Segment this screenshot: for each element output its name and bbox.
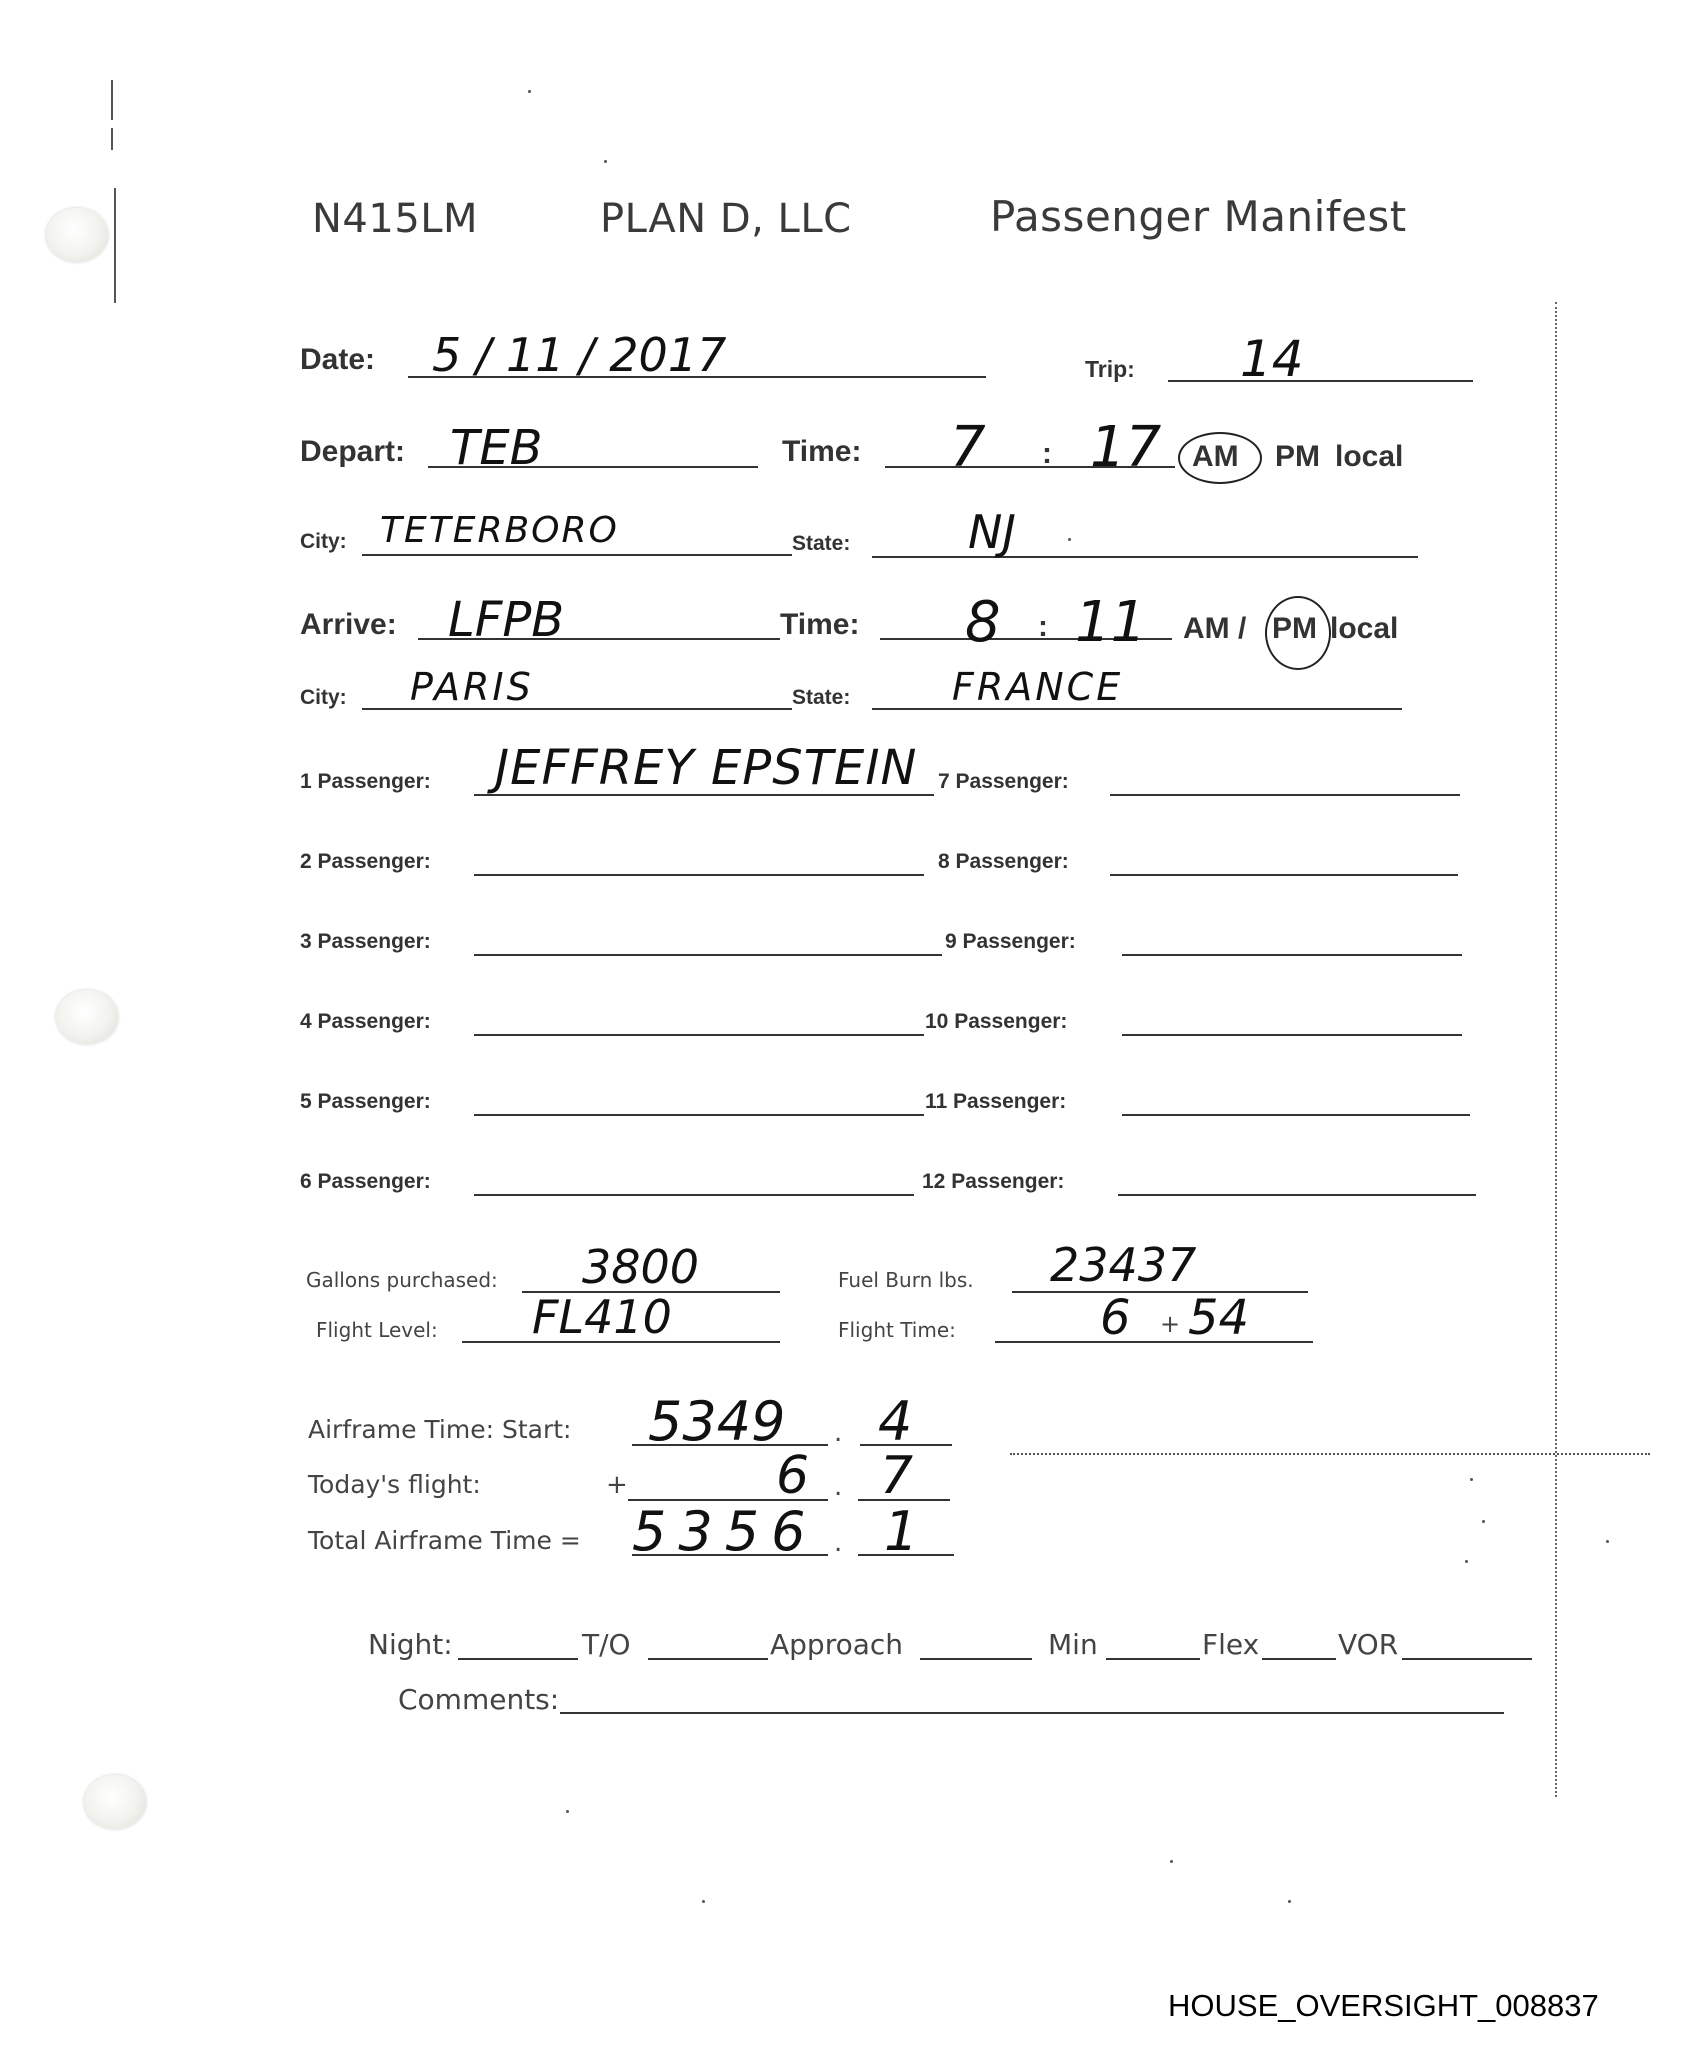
passenger-11-line[interactable] (1122, 1114, 1470, 1116)
passenger-3-label: 3 Passenger: (300, 930, 431, 954)
night-line[interactable] (458, 1658, 578, 1660)
arrive-local-label: local (1330, 612, 1398, 646)
passenger-6-line[interactable] (474, 1194, 914, 1196)
depart-hour[interactable]: 7 (950, 415, 986, 480)
margin-mark (114, 188, 116, 303)
arrive-hour[interactable]: 8 (965, 590, 1001, 655)
arrive-pm-option[interactable]: PM (1272, 612, 1317, 646)
min-label: Min (1048, 1628, 1098, 1661)
total-airframe-tenth[interactable]: 1 (884, 1500, 918, 1563)
fuel-burn-value[interactable]: 23437 (1050, 1238, 1196, 1292)
depart-pm-option[interactable]: PM (1275, 440, 1320, 474)
passenger-1-value[interactable]: JEFFREY EPSTEIN (495, 740, 917, 796)
passenger-10-label: 10 Passenger: (925, 1010, 1067, 1034)
comments-line[interactable] (560, 1712, 1504, 1714)
passenger-4-line[interactable] (474, 1034, 924, 1036)
depart-city-label: City: (300, 530, 347, 554)
passenger-7-label: 7 Passenger: (938, 770, 1069, 794)
scan-speck (604, 160, 607, 163)
gallons-value[interactable]: 3800 (582, 1240, 699, 1294)
arrive-state-value[interactable]: FRANCE (952, 665, 1123, 709)
date-label: Date: (300, 343, 375, 377)
passenger-12-line[interactable] (1118, 1194, 1476, 1196)
to-label: T/O (582, 1628, 631, 1661)
scan-speck (1482, 1520, 1485, 1523)
vor-line[interactable] (1402, 1658, 1532, 1660)
bates-number: HOUSE_OVERSIGHT_008837 (1168, 1988, 1599, 2024)
depart-city-line (362, 554, 792, 556)
airframe-start-whole[interactable]: 5349 (648, 1390, 785, 1453)
depart-am-option[interactable]: AM (1192, 440, 1239, 474)
document-title: Passenger Manifest (990, 192, 1407, 241)
today-flight-whole[interactable]: 6 (776, 1446, 809, 1506)
arrive-city-value[interactable]: PARIS (410, 665, 534, 709)
approach-line[interactable] (920, 1658, 1032, 1660)
passenger-12-label: 12 Passenger: (922, 1170, 1064, 1194)
vor-label: VOR (1338, 1628, 1398, 1661)
flight-time-sep: + (1160, 1310, 1180, 1338)
passenger-10-line[interactable] (1122, 1034, 1462, 1036)
flight-level-value[interactable]: FL410 (532, 1290, 672, 1344)
scan-speck (1470, 1478, 1473, 1481)
passenger-2-label: 2 Passenger: (300, 850, 431, 874)
binder-hole (84, 1775, 146, 1829)
passenger-9-line[interactable] (1122, 954, 1462, 956)
binder-hole (46, 208, 108, 262)
today-flight-label: Today's flight: (308, 1470, 481, 1499)
scan-speck (702, 1900, 705, 1903)
depart-state-line (872, 556, 1418, 558)
passenger-1-label: 1 Passenger: (300, 770, 431, 794)
total-airframe-label: Total Airframe Time = (308, 1526, 581, 1555)
total-airframe-whole[interactable]: 5356 (632, 1500, 817, 1563)
divider-line (1010, 1453, 1650, 1455)
scan-speck (1068, 538, 1071, 541)
depart-local-label: local (1335, 440, 1403, 474)
margin-mark (111, 80, 113, 120)
tail-number: N415LM (312, 196, 478, 242)
depart-state-value[interactable]: NJ (968, 505, 1016, 559)
flight-time-line (995, 1341, 1313, 1343)
trip-label: Trip: (1085, 356, 1135, 383)
arrive-time-label: Time: (780, 608, 859, 642)
airframe-start-tenth[interactable]: 4 (878, 1390, 912, 1453)
flight-time-label: Flight Time: (838, 1318, 956, 1342)
arrive-am-option[interactable]: AM / (1183, 612, 1246, 646)
arrive-minute[interactable]: 11 (1075, 590, 1146, 655)
passenger-4-label: 4 Passenger: (300, 1010, 431, 1034)
depart-value[interactable]: TEB (450, 420, 543, 476)
depart-state-label: State: (792, 532, 850, 556)
depart-time-label: Time: (782, 435, 861, 469)
flex-label: Flex (1202, 1628, 1259, 1661)
fuel-burn-label: Fuel Burn lbs. (838, 1268, 974, 1292)
flight-time-minutes[interactable]: 54 (1188, 1290, 1249, 1346)
scan-speck (566, 1810, 569, 1813)
company-name: PLAN D, LLC (600, 196, 852, 242)
arrive-label: Arrive: (300, 608, 397, 642)
form-right-border (1555, 302, 1557, 1797)
comments-label: Comments: (398, 1683, 559, 1716)
airframe-start-dot: . (834, 1418, 842, 1448)
passenger-8-label: 8 Passenger: (938, 850, 1069, 874)
margin-mark (111, 128, 113, 150)
scan-speck (1170, 1860, 1173, 1863)
passenger-6-label: 6 Passenger: (300, 1170, 431, 1194)
today-flight-dot: . (834, 1472, 842, 1502)
passenger-8-line[interactable] (1110, 874, 1458, 876)
flex-line[interactable] (1262, 1658, 1336, 1660)
arrive-time-sep: : (1038, 610, 1048, 644)
passenger-2-line[interactable] (474, 874, 924, 876)
depart-label: Depart: (300, 435, 405, 469)
passenger-9-label: 9 Passenger: (945, 930, 1076, 954)
scan-speck (1465, 1560, 1468, 1563)
today-flight-tenth[interactable]: 7 (880, 1446, 913, 1506)
binder-hole (56, 990, 118, 1044)
approach-label: Approach (770, 1628, 903, 1661)
scan-speck (1288, 1900, 1291, 1903)
scan-speck (1606, 1540, 1609, 1543)
arrive-value[interactable]: LFPB (448, 592, 564, 648)
scan-speck (528, 90, 531, 93)
depart-minute[interactable]: 17 (1090, 415, 1161, 480)
min-line[interactable] (1106, 1658, 1200, 1660)
arrive-city-label: City: (300, 686, 347, 710)
night-label: Night: (368, 1628, 453, 1661)
gallons-label: Gallons purchased: (306, 1268, 498, 1292)
passenger-7-line[interactable] (1110, 794, 1460, 796)
airframe-start-label: Airframe Time: Start: (308, 1415, 571, 1444)
passenger-5-label: 5 Passenger: (300, 1090, 431, 1114)
date-value[interactable]: 5 / 11 / 2017 (432, 328, 726, 382)
trip-value[interactable]: 14 (1240, 330, 1304, 388)
today-flight-op: + (606, 1470, 628, 1500)
passenger-11-label: 11 Passenger: (925, 1090, 1066, 1114)
passenger-5-line[interactable] (474, 1114, 924, 1116)
arrive-state-label: State: (792, 686, 850, 710)
passenger-3-line[interactable] (474, 954, 942, 956)
depart-time-sep: : (1042, 437, 1052, 471)
depart-city-value[interactable]: TETERBORO (380, 510, 619, 551)
total-airframe-dot: . (834, 1528, 842, 1558)
trip-field-line (1168, 380, 1473, 382)
to-line[interactable] (648, 1658, 768, 1660)
flight-time-hours[interactable]: 6 (1100, 1290, 1131, 1346)
flight-level-label: Flight Level: (316, 1318, 438, 1342)
